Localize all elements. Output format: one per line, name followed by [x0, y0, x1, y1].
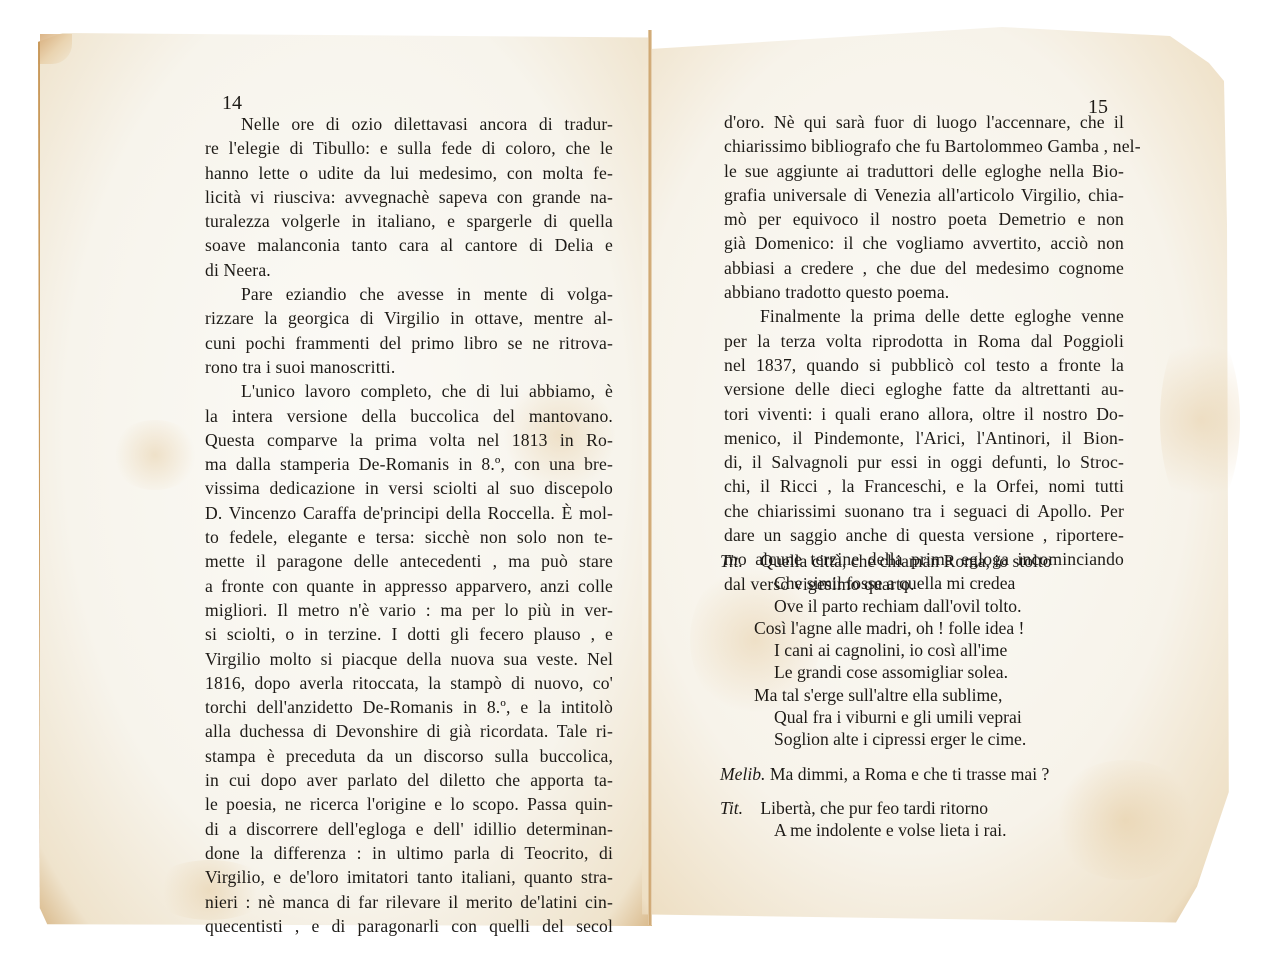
- speaker-label: Tit.: [720, 797, 756, 819]
- text-line: chiarissimo bibliografo che fu Bartolomm…: [724, 134, 1124, 158]
- text-line: dare un saggio anche di questa versione …: [724, 523, 1124, 547]
- text-line: Virgilio molto si piacque della nuova su…: [205, 647, 613, 671]
- text-line: quecentisti , e di paragonarli con quell…: [205, 914, 613, 938]
- text-line: di a discorrere dell'egloga e dell' idil…: [205, 817, 613, 841]
- text-line: a fronte con quante in appresso apparver…: [205, 574, 613, 598]
- text-line: nel 1837, quando si pubblicò col testo a…: [724, 353, 1124, 377]
- text-line: cuni pochi frammenti del primo libro se …: [205, 331, 613, 355]
- text-line: che chiarissimi suonano tra i seguaci di…: [724, 499, 1124, 523]
- verse-line: Ove il parto rechiam dall'ovil tolto.: [720, 595, 1120, 617]
- text-line: le sue aggiunte ai traduttori delle eglo…: [724, 159, 1124, 183]
- text-line: Finalmente la prima delle dette egloghe …: [724, 304, 1124, 328]
- text-line: abbiasi a credere , che due del medesimo…: [724, 256, 1124, 280]
- text-line: rizzare la georgica di Virgilio in ottav…: [205, 306, 613, 330]
- text-line: L'unico lavoro completo, che di lui abbi…: [205, 379, 613, 403]
- text-line: torchi dell'anzidetto De-Romanis in 8.º,…: [205, 695, 613, 719]
- verse-line: I cani ai cagnolini, io così all'ime: [720, 639, 1120, 661]
- text-line: Virgilio, e de'loro imitatori tanto ital…: [205, 865, 613, 889]
- verse-line: Melib. Ma dimmi, a Roma e che ti trasse …: [720, 763, 1120, 785]
- text-line: ma dalla stamperia De-Romanis in 8.º, co…: [205, 452, 613, 476]
- verse-line: Che simil fosse a quella mi credea: [720, 572, 1120, 594]
- text-line: soave malanconia tanto cara al cantore d…: [205, 233, 613, 257]
- text-line: in cui dopo aver parlato del diletto che…: [205, 768, 613, 792]
- verse-line: Soglion alte i cipressi erger le cime.: [720, 728, 1120, 750]
- verse-excerpt: Tit. Quella città, che chiaman Roma, io …: [720, 550, 1120, 842]
- text-line: già Domenico: il che vogliamo avvertito,…: [724, 231, 1124, 255]
- text-line: to fedele, elegante e tersa: sicchè non …: [205, 525, 613, 549]
- text-line: le poesia, ne ricerca l'origine e lo sco…: [205, 792, 613, 816]
- text-line: versione delle dieci egloghe fatte da al…: [724, 377, 1124, 401]
- book-gutter: [648, 30, 652, 925]
- speaker-label: Tit.: [720, 550, 756, 572]
- text-line: di, il Salvagnoli pur essi in oggi defun…: [724, 450, 1124, 474]
- text-line: 1816, dopo averla ritoccata, la stampò d…: [205, 671, 613, 695]
- text-line: stampa è preceduta da un discorso sulla …: [205, 744, 613, 768]
- text-line: per la terza volta riprodotta in Roma da…: [724, 329, 1124, 353]
- text-line: migliori. Il metro n'è vario : ma per lo…: [205, 598, 613, 622]
- text-line: hanno lette o udite da lui medesimo, con…: [205, 161, 613, 185]
- text-line: menico, il Pindemonte, l'Arici, l'Antino…: [724, 426, 1124, 450]
- text-line: alla duchessa di Devonshire di già ricor…: [205, 719, 613, 743]
- verse-line: Le grandi cose assomigliar solea.: [720, 661, 1120, 683]
- text-line: licità vi riusciva: avvegnachè sapeva co…: [205, 185, 613, 209]
- text-line: chi, il Ricci , la Franceschi, e la Orfe…: [724, 474, 1124, 498]
- text-line: tori viventi: i quali erano allora, oltr…: [724, 402, 1124, 426]
- verse-line: Tit. Libertà, che pur feo tardi ritorno: [720, 797, 1120, 819]
- text-line: abbiano tradotto questo poema.: [724, 280, 1124, 304]
- text-line: re l'elegie di Tibullo: e sulla fede di …: [205, 136, 613, 160]
- verse-line: Qual fra i viburni e gli umili veprai: [720, 706, 1120, 728]
- verse-line: A me indolente e volse lieta i rai.: [720, 819, 1120, 841]
- text-line: Pare eziandio che avesse in mente di vol…: [205, 282, 613, 306]
- text-line: mò per equivoco il nostro poeta Demetrio…: [724, 207, 1124, 231]
- text-line: d'oro. Nè qui sarà fuor di luogo l'accen…: [724, 110, 1124, 134]
- text-line: Nelle ore di ozio dilettavasi ancora di …: [205, 112, 613, 136]
- text-line: done la differenza : in ultimo parla di …: [205, 841, 613, 865]
- text-line: rono tra i suoi manoscritti.: [205, 355, 613, 379]
- text-line: vissima dedicazione in versi sciolti al …: [205, 476, 613, 500]
- verse-line: Ma tal s'erge sull'altre ella sublime,: [720, 684, 1120, 706]
- text-line: la intera versione della buccolica del m…: [205, 404, 613, 428]
- left-page-text: Nelle ore di ozio dilettavasi ancora di …: [205, 112, 613, 938]
- verse-line: Tit. Quella città, che chiaman Roma, io …: [720, 550, 1120, 572]
- text-line: Questa comparve la prima volta nel 1813 …: [205, 428, 613, 452]
- text-line: D. Vincenzo Caraffa de'principi della Ro…: [205, 501, 613, 525]
- speaker-label: Melib.: [720, 763, 765, 785]
- verse-line: Così l'agne alle madri, oh ! folle idea …: [720, 617, 1120, 639]
- text-line: di Neera.: [205, 258, 613, 282]
- right-page-text: d'oro. Nè qui sarà fuor di luogo l'accen…: [724, 110, 1124, 596]
- text-line: grafia universale di Venezia all'articol…: [724, 183, 1124, 207]
- text-line: nieri : nè manca di far rilevare il meri…: [205, 890, 613, 914]
- text-line: turalezza volgerle in italiano, e sparge…: [205, 209, 613, 233]
- text-line: mette il paragone delle antecedenti , ma…: [205, 549, 613, 573]
- text-line: si sciolti, o in terzine. I dotti gli fe…: [205, 622, 613, 646]
